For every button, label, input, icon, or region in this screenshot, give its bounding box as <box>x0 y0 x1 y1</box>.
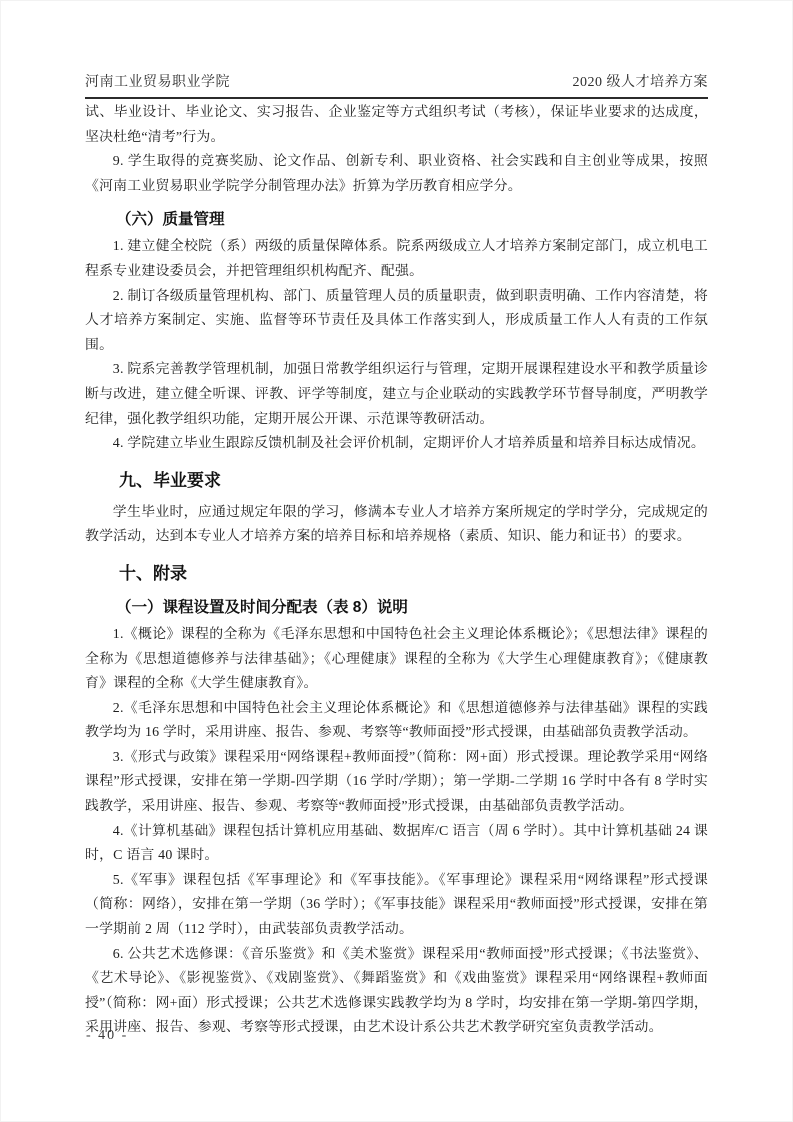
paragraph: 5.《军事》课程包括《军事理论》和《军事技能》。《军事理论》课程采用“网络课程”… <box>85 869 708 943</box>
paragraph: 2. 制订各级质量管理机构、部门、质量管理人员的质量职责，做到职责明确、工作内容… <box>85 285 708 359</box>
paragraph: 学生毕业时，应通过规定年限的学习，修满本专业人才培养方案所规定的学时学分，完成规… <box>85 501 708 550</box>
paragraph: 试、毕业设计、毕业论文、实习报告、企业鉴定等方式组织考试（考核），保证毕业要求的… <box>85 101 708 150</box>
paragraph: 2.《毛泽东思想和中国特色社会主义理论体系概论》和《思想道德修养与法律基础》课程… <box>85 697 708 746</box>
paragraph: 1. 建立健全校院（系）两级的质量保障体系。院系两级成立人才培养方案制定部门，成… <box>85 235 708 284</box>
section-heading: 十、附录 <box>85 561 708 587</box>
page-number: - 40 - <box>86 1028 128 1043</box>
paragraph: 6. 公共艺术选修课：《音乐鉴赏》和《美术鉴赏》课程采用“教师面授”形式授课；《… <box>85 943 708 1041</box>
section-heading: 九、毕业要求 <box>85 468 708 494</box>
sub-section-heading: （一）课程设置及时间分配表（表 8）说明 <box>85 596 708 620</box>
page-footer: - 40 - <box>86 1028 128 1044</box>
paragraph: 3. 院系完善教学管理机制，加强日常教学组织运行与管理，定期开展课程建设水平和教… <box>85 358 708 432</box>
header-doc-title: 2020 级人才培养方案 <box>573 71 709 91</box>
document-body: 试、毕业设计、毕业论文、实习报告、企业鉴定等方式组织考试（考核），保证毕业要求的… <box>85 101 708 1041</box>
sub-section-heading: （六）质量管理 <box>85 208 708 232</box>
paragraph: 9. 学生取得的竞赛奖励、论文作品、创新专利、职业资格、社会实践和自主创业等成果… <box>85 150 708 199</box>
page-header: 河南工业贸易职业学院 2020 级人才培养方案 <box>85 71 708 99</box>
paragraph: 1.《概论》课程的全称为《毛泽东思想和中国特色社会主义理论体系概论》；《思想法律… <box>85 623 708 697</box>
paragraph: 4.《计算机基础》课程包括计算机应用基础、数据库/C 语言（周 6 学时）。其中… <box>85 820 708 869</box>
paragraph: 3.《形式与政策》课程采用“网络课程+教师面授”（简称：网+面）形式授课。理论教… <box>85 746 708 820</box>
header-school-name: 河南工业贸易职业学院 <box>85 71 230 91</box>
paragraph: 4. 学院建立毕业生跟踪反馈机制及社会评价机制，定期评价人才培养质量和培养目标达… <box>85 432 708 457</box>
document-page: { "header": { "left": "河南工业贸易职业学院", "rig… <box>0 0 793 1122</box>
